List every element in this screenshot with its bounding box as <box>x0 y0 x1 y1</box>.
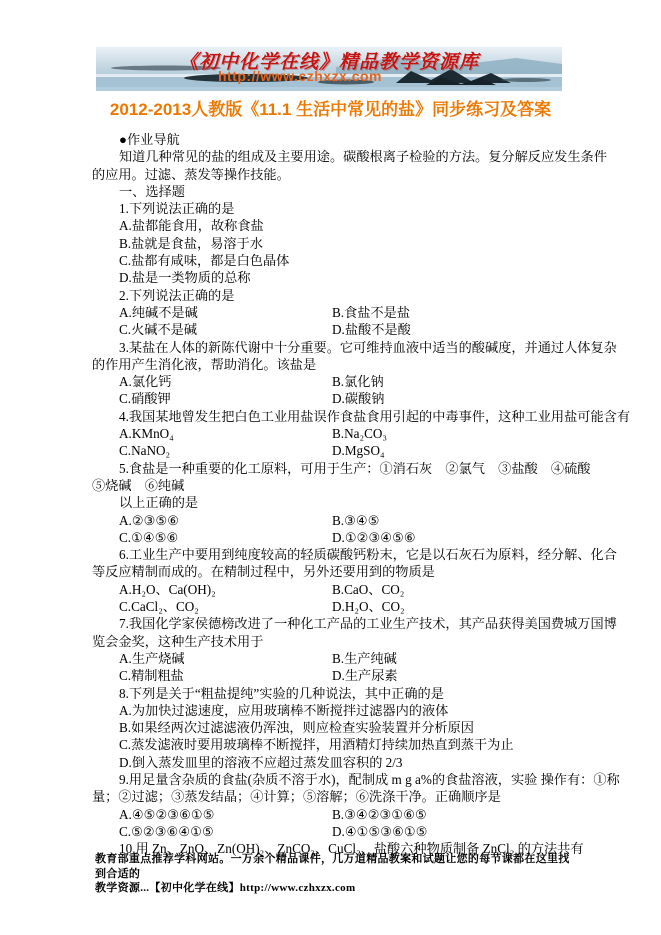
option-right: D.MgSO₄ <box>332 442 574 459</box>
banner-site-url: http://www.czhxzx.com <box>96 68 504 84</box>
doc-line: 以上正确的是 <box>92 494 574 511</box>
doc-line: 量；②过滤；③蒸发结晶；④计算；⑤溶解；⑥洗涤干净。正确顺序是 <box>92 788 574 805</box>
option-right: B.氯化钠 <box>332 373 574 390</box>
doc-line: C.NaNO₂D.MgSO₄ <box>92 442 574 459</box>
option-right: B.CaO、CO₂ <box>332 581 574 598</box>
footer-site-url: http://www.czhxzx.com <box>240 882 356 894</box>
doc-line: ●作业导航 <box>92 131 574 148</box>
doc-line: A.②③⑤⑥B.③④⑤ <box>92 512 574 529</box>
footer-line-1: 教育部重点推荐学科网站。一万余个精品课件，几万道精品教案和试题让您的每节课都在这… <box>95 852 573 881</box>
option-left: A.氯化钙 <box>119 373 332 390</box>
option-right: B.③④②③①⑥⑤ <box>332 806 574 823</box>
option-left: A.生产烧碱 <box>119 650 332 667</box>
doc-line: A.生产烧碱B.生产纯碱 <box>92 650 574 667</box>
page-title: 2012-2013人教版《11.1 生活中常见的盐》同步练习及答案 <box>0 95 661 120</box>
doc-line: C.盐都有咸味，都是白色晶体 <box>92 252 574 269</box>
option-left: C.火碱不是碱 <box>119 321 332 338</box>
option-left: A.②③⑤⑥ <box>119 512 332 529</box>
option-right: D.盐酸不是酸 <box>332 321 574 338</box>
doc-line: C.火碱不是碱D.盐酸不是酸 <box>92 321 574 338</box>
option-left: C.硝酸钾 <box>119 390 332 407</box>
option-right: B.③④⑤ <box>332 512 574 529</box>
option-left: A.H₂O、Ca(OH)₂ <box>119 581 332 598</box>
doc-line: C.⑤②③⑥④①⑤D.④①⑤③⑥①⑤ <box>92 823 574 840</box>
option-right: B.生产纯碱 <box>332 650 574 667</box>
document-body: ●作业导航知道几种常见的盐的组成及主要用途。碳酸根离子检验的方法。复分解反应发生… <box>92 131 574 857</box>
doc-line: B.如果经两次过滤滤液仍浑浊，则应检查实验装置并分析原因 <box>92 719 574 736</box>
doc-line: 6.工业生产中要用到纯度较高的轻质碳酸钙粉末，它是以石灰石为原料，经分解、化合 <box>92 546 574 563</box>
doc-line: 的作用产生消化液，帮助消化。该盐是 <box>92 356 574 373</box>
doc-line: 2.下列说法正确的是 <box>92 287 574 304</box>
site-banner: 《初中化学在线》精品教学资源库 http://www.czhxzx.com <box>96 47 562 91</box>
doc-line: A.氯化钙B.氯化钠 <box>92 373 574 390</box>
option-right: B.食盐不是盐 <box>332 304 574 321</box>
doc-line: B.盐就是食盐，易溶于水 <box>92 235 574 252</box>
page-footer: 教育部重点推荐学科网站。一万余个精品课件，几万道精品教案和试题让您的每节课都在这… <box>95 852 573 896</box>
doc-line: A.④⑤②③⑥①⑤B.③④②③①⑥⑤ <box>92 806 574 823</box>
doc-line: 等反应精制而成的。在精制过程中，另外还要用到的物质是 <box>92 563 574 580</box>
doc-line: C.精制粗盐D.生产尿素 <box>92 667 574 684</box>
doc-line: A.KMnO₄B.Na₂CO₃ <box>92 425 574 442</box>
option-left: A.④⑤②③⑥①⑤ <box>119 806 332 823</box>
doc-line: 7.我国化学家侯德榜改进了一种化工产品的工业生产技术，其产品获得美国费城万国博 <box>92 615 574 632</box>
doc-line: C.CaCl₂、CO₂D.H₂O、CO₂ <box>92 598 574 615</box>
option-left: A.KMnO₄ <box>119 425 332 442</box>
doc-line: 的应用。过滤、蒸发等操作技能。 <box>92 166 574 183</box>
option-left: C.精制粗盐 <box>119 667 332 684</box>
doc-line: C.①④⑤⑥D.①②③④⑤⑥ <box>92 529 574 546</box>
option-right: D.H₂O、CO₂ <box>332 598 574 615</box>
option-right: B.Na₂CO₃ <box>332 425 574 442</box>
doc-line: 3.某盐在人体的新陈代谢中十分重要。它可维持血液中适当的酸碱度，并通过人体复杂 <box>92 339 574 356</box>
doc-line: 8.下列是关于“粗盐提纯”实验的几种说法，其中正确的是 <box>92 685 574 702</box>
doc-line: 知道几种常见的盐的组成及主要用途。碳酸根离子检验的方法。复分解反应发生条件 <box>92 148 574 165</box>
doc-line: D.倒入蒸发皿里的溶液不应超过蒸发皿容积的 2/3 <box>92 754 574 771</box>
worksheet-page: 《初中化学在线》精品教学资源库 http://www.czhxzx.com 20… <box>0 0 661 935</box>
option-left: C.①④⑤⑥ <box>119 529 332 546</box>
option-left: C.⑤②③⑥④①⑤ <box>119 823 332 840</box>
doc-line: 4.我国某地曾发生把白色工业用盐误作食盐食用引起的中毒事件，这种工业用盐可能含有 <box>92 408 574 425</box>
option-left: A.纯碱不是碱 <box>119 304 332 321</box>
doc-line: A.H₂O、Ca(OH)₂B.CaO、CO₂ <box>92 581 574 598</box>
footer-line-2: 教学资源...【初中化学在线】http://www.czhxzx.com <box>95 881 573 896</box>
doc-line: A.为加快过滤速度，应用玻璃棒不断搅拌过滤器内的液体 <box>92 702 574 719</box>
option-right: D.①②③④⑤⑥ <box>332 529 574 546</box>
doc-line: A.盐都能食用，故称食盐 <box>92 217 574 234</box>
doc-line: 览会金奖，这种生产技术用于 <box>92 633 574 650</box>
doc-line: ⑤烧碱 ⑥纯碱 <box>92 477 574 494</box>
doc-line: 9.用足量含杂质的食盐(杂质不溶于水)，配制成 m g a%的食盐溶液，实验 操… <box>92 771 574 788</box>
doc-line: 1.下列说法正确的是 <box>92 200 574 217</box>
doc-line: A.纯碱不是碱B.食盐不是盐 <box>92 304 574 321</box>
option-right: D.碳酸钠 <box>332 390 574 407</box>
doc-line: C.硝酸钾D.碳酸钠 <box>92 390 574 407</box>
doc-line: C.蒸发滤液时要用玻璃棒不断搅拌，用酒精灯持续加热直到蒸干为止 <box>92 736 574 753</box>
option-right: D.生产尿素 <box>332 667 574 684</box>
doc-line: 5.食盐是一种重要的化工原料，可用于生产：①消石灰 ②氯气 ③盐酸 ④硫酸 <box>92 460 574 477</box>
option-left: C.CaCl₂、CO₂ <box>119 598 332 615</box>
doc-line: 一、选择题 <box>92 183 574 200</box>
option-left: C.NaNO₂ <box>119 442 332 459</box>
option-right: D.④①⑤③⑥①⑤ <box>332 823 574 840</box>
footer-line-2-text: 教学资源...【初中化学在线】 <box>95 882 240 894</box>
doc-line: D.盐是一类物质的总称 <box>92 269 574 286</box>
